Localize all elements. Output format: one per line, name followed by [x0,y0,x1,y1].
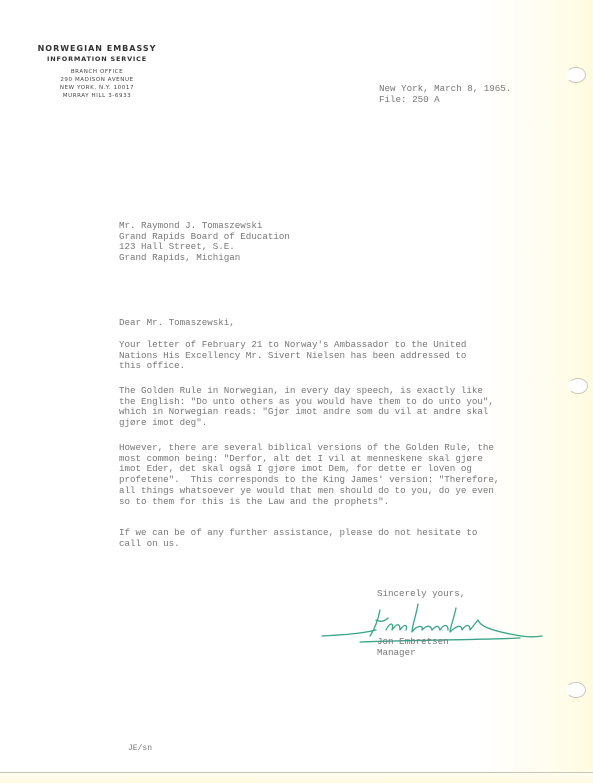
date-block: New York, March 8, 1965.File: 250 A [379,84,511,105]
recipient-address: Mr. Raymond J. TomaszewskiGrand Rapids B… [119,221,290,264]
letterhead: NORWEGIAN EMBASSY INFORMATION SERVICE BR… [22,44,172,100]
letterhead-service: INFORMATION SERVICE [22,54,172,64]
letter-page: NORWEGIAN EMBASSY INFORMATION SERVICE BR… [0,0,593,783]
punch-hole-middle [568,378,588,394]
letterhead-phone: MURRAY HILL 3-6933 [22,92,172,100]
complimentary-close: Sincerely yours, [377,589,465,600]
letterhead-organization: NORWEGIAN EMBASSY [22,44,172,54]
recipient-city: Grand Rapids, Michigan [119,253,290,264]
letterhead-branch: BRANCH OFFICE [22,68,172,76]
salutation: Dear Mr. Tomaszewski, [119,318,235,329]
page-bottom-edge [0,772,593,783]
paragraph-line: gjøre imot deg". [119,418,494,429]
signer-title: Manager [377,648,449,659]
letterhead-street: 290 MADISON AVENUE [22,76,172,84]
paragraph-2: The Golden Rule in Norwegian, in every d… [119,386,494,429]
paragraph-line: so to them for this is the Law and the p… [119,497,499,508]
reference-initials: JE/sn [128,744,152,755]
punch-hole-top [566,67,586,83]
paragraph-1: Your letter of February 21 to Norway's A… [119,340,466,372]
paragraph-line: call on us. [119,539,477,550]
punch-hole-bottom [566,682,586,698]
paragraph-line: this office. [119,361,466,372]
paragraph-4: If we can be of any further assistance, … [119,528,477,549]
paragraph-line: all things whatsoever ye would that men … [119,486,499,497]
letterhead-city: NEW YORK, N.Y. 10017 [22,84,172,92]
file-reference: File: 250 A [379,95,511,106]
paragraph-3: However, there are several biblical vers… [119,443,499,507]
signer-block: Jon EmbretsenManager [377,637,449,658]
